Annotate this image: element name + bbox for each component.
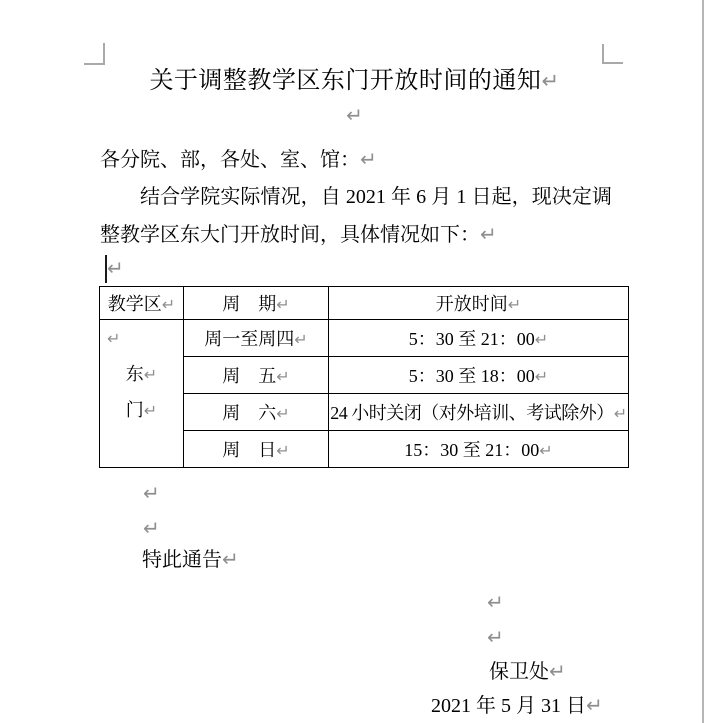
document-title-line: 关于调整教学区东门开放时间的通知↵ — [0, 63, 709, 99]
paragraph-mark-icon: ↵ — [276, 404, 289, 423]
period-text: 周 日 — [222, 440, 276, 460]
paragraph-mark-icon: ↵ — [614, 404, 627, 423]
paragraph-mark-icon: ↵ — [276, 367, 289, 386]
paragraph-mark-icon: ↵ — [143, 516, 160, 540]
paragraph-mark-icon: ↵ — [144, 365, 157, 384]
paragraph-mark-icon: ↵ — [294, 330, 307, 349]
margin-crop-mark-right — [602, 44, 623, 64]
paragraph-mark-icon: ↵ — [276, 295, 289, 314]
salutation-text: 各分院、部，各处、室、馆： — [100, 149, 360, 171]
period-text: 周 六 — [222, 403, 276, 423]
period-text: 周 五 — [222, 366, 276, 386]
body-text-line2: 整教学区东大门开放时间，具体情况如下： — [100, 224, 480, 246]
empty-paragraph: ↵ — [143, 481, 160, 506]
header-period-label: 周 期 — [222, 294, 276, 314]
paragraph-mark-icon: ↵ — [508, 295, 521, 314]
header-cell-period[interactable]: 周 期↵ — [184, 287, 329, 320]
paragraph-mark-icon: ↵ — [586, 693, 603, 717]
period-cell[interactable]: 周 六↵ — [184, 394, 329, 431]
margin-crop-mark-left — [84, 43, 105, 65]
paragraph-mark-icon: ↵ — [487, 625, 504, 649]
paragraph-mark-icon: ↵ — [360, 147, 377, 171]
empty-paragraph-centered: ↵ — [0, 101, 709, 130]
time-cell[interactable]: 5：30 至 18：00↵ — [329, 357, 629, 394]
paragraph-mark-icon: ↵ — [144, 401, 157, 420]
paragraph-mark-icon: ↵ — [276, 441, 289, 460]
period-cell[interactable]: 周 五↵ — [184, 357, 329, 394]
date-line: 2021 年 5 月 31 日↵ — [431, 691, 603, 720]
document-title: 关于调整教学区东门开放时间的通知 — [149, 68, 541, 94]
body-paragraph-line2: 整教学区东大门开放时间，具体情况如下：↵ — [100, 220, 497, 249]
paragraph-mark-icon: ↵ — [541, 69, 559, 93]
document-page[interactable]: 关于调整教学区东门开放时间的通知↵ ↵ 各分院、部，各处、室、馆：↵ 结合学院实… — [0, 0, 709, 723]
salutation-line: 各分院、部，各处、室、馆：↵ — [100, 145, 377, 174]
body-text-line1: 结合学院实际情况，自 2021 年 6 月 1 日起，现决定调 — [140, 186, 612, 208]
time-text: 5：30 至 21：00 — [409, 329, 535, 349]
body-paragraph-line1: 结合学院实际情况，自 2021 年 6 月 1 日起，现决定调 — [140, 183, 612, 211]
paragraph-mark-icon: ↵ — [539, 441, 552, 460]
date-text: 2021 年 5 月 31 日 — [431, 695, 586, 717]
header-cell-area[interactable]: 教学区↵ — [100, 287, 184, 320]
period-cell[interactable]: 周一至周四↵ — [184, 320, 329, 357]
period-cell[interactable]: 周 日↵ — [184, 431, 329, 468]
paragraph-mark-icon: ↵ — [346, 103, 363, 127]
time-text: 15：30 至 21：00 — [404, 440, 539, 460]
paragraph-mark-icon: ↵ — [162, 295, 175, 314]
paragraph-mark-icon: ↵ — [535, 330, 548, 349]
paragraph-mark-icon: ↵ — [222, 547, 239, 571]
closing-line: 特此通告↵ — [142, 545, 239, 574]
empty-paragraph: ↵ — [487, 625, 504, 650]
paragraph-mark-icon: ↵ — [143, 481, 160, 505]
area-label-line1: 东↵ — [100, 356, 183, 392]
table-header-row: 教学区↵ 周 期↵ 开放时间↵ — [100, 287, 629, 320]
paragraph-mark-icon: ↵ — [107, 329, 120, 348]
opening-hours-table[interactable]: 教学区↵ 周 期↵ 开放时间↵ ↵ 东↵ 门↵ 周一至周四↵ 5：30 至 21… — [99, 286, 629, 468]
area-merged-cell[interactable]: ↵ 东↵ 门↵ — [100, 320, 184, 468]
time-cell[interactable]: 5：30 至 21：00↵ — [329, 320, 629, 357]
area-empty-line: ↵ — [100, 320, 183, 356]
signature-text: 保卫处 — [489, 661, 549, 683]
header-area-label: 教学区 — [108, 294, 162, 314]
paragraph-mark-icon: ↵ — [487, 590, 504, 614]
empty-paragraph: ↵ — [487, 590, 504, 615]
time-text: 5：30 至 18：00 — [409, 366, 535, 386]
time-cell[interactable]: 24 小时关闭（对外培训、考试除外）↵ — [329, 394, 629, 431]
area-label-line2: 门↵ — [100, 392, 183, 428]
header-time-label: 开放时间 — [436, 294, 508, 314]
time-cell[interactable]: 15：30 至 21：00↵ — [329, 431, 629, 468]
paragraph-mark-icon: ↵ — [549, 659, 566, 683]
time-text: 24 小时关闭（对外培训、考试除外） — [330, 403, 614, 423]
paragraph-mark-icon: ↵ — [535, 367, 548, 386]
table-row: ↵ 东↵ 门↵ 周一至周四↵ 5：30 至 21：00↵ — [100, 320, 629, 357]
paragraph-mark-icon: ↵ — [107, 256, 124, 280]
period-text: 周一至周四 — [204, 329, 294, 349]
header-cell-time[interactable]: 开放时间↵ — [329, 287, 629, 320]
paragraph-mark-icon: ↵ — [480, 222, 497, 246]
empty-paragraph: ↵ — [143, 516, 160, 541]
closing-text: 特此通告 — [142, 549, 222, 571]
signature-line: 保卫处↵ — [489, 657, 566, 686]
